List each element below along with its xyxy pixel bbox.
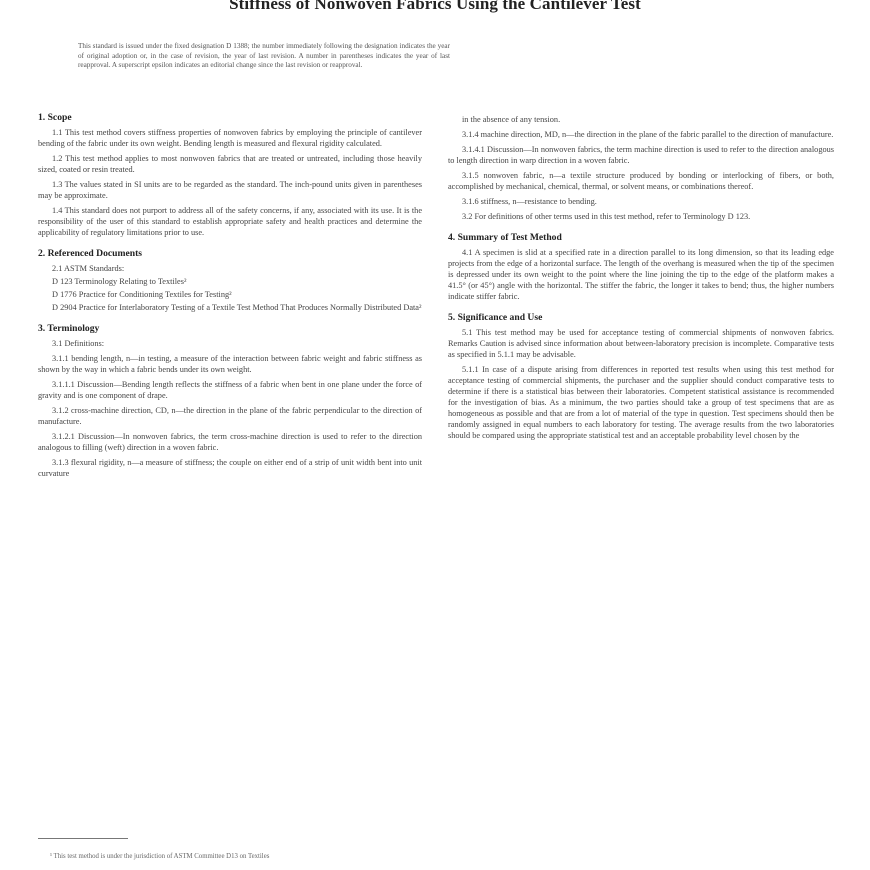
paragraph: 3.1.4.1 Discussion—In nonwoven fabrics, …: [448, 144, 834, 166]
footnote: ¹ This test method is under the jurisdic…: [50, 853, 420, 860]
paragraph: 3.1.3 flexural rigidity, n—a measure of …: [38, 457, 422, 479]
paragraph: 4.1 A specimen is slid at a specified ra…: [448, 247, 834, 302]
section-heading: 2. Referenced Documents: [38, 248, 422, 259]
left-column: 1. Scope1.1 This test method covers stif…: [38, 112, 422, 483]
paragraph: 3.1.1 bending length, n—in testing, a me…: [38, 353, 422, 375]
paragraph: 1.4 This standard does not purport to ad…: [38, 205, 422, 238]
paragraph: 1.3 The values stated in SI units are to…: [38, 179, 422, 201]
paragraph: 3.1.5 nonwoven fabric, n—a textile struc…: [448, 170, 834, 192]
paragraph: 3.1.2.1 Discussion—In nonwoven fabrics, …: [38, 431, 422, 453]
paragraph: 1.1 This test method covers stiffness pr…: [38, 127, 422, 149]
paragraph: 3.1.4 machine direction, MD, n—the direc…: [448, 129, 834, 140]
paragraph: 3.2 For definitions of other terms used …: [448, 211, 834, 222]
section-heading: 4. Summary of Test Method: [448, 232, 834, 243]
reference-item: D 1776 Practice for Conditioning Textile…: [38, 289, 422, 300]
section-heading: 3. Terminology: [38, 323, 422, 334]
document-title: Stiffness of Nonwoven Fabrics Using the …: [0, 0, 870, 14]
paragraph: 3.1 Definitions:: [38, 338, 422, 349]
paragraph: 3.1.1.1 Discussion—Bending length reflec…: [38, 379, 422, 401]
paragraph: 3.1.6 stiffness, n—resistance to bending…: [448, 196, 834, 207]
document-abstract: This standard is issued under the fixed …: [78, 42, 450, 71]
right-column: in the absence of any tension.3.1.4 mach…: [448, 114, 834, 445]
reference-item: 2.1 ASTM Standards:: [38, 263, 422, 274]
section-heading: 5. Significance and Use: [448, 312, 834, 323]
reference-item: D 123 Terminology Relating to Textiles²: [38, 276, 422, 287]
paragraph: 3.1.2 cross-machine direction, CD, n—the…: [38, 405, 422, 427]
paragraph: in the absence of any tension.: [448, 114, 834, 125]
paragraph: 5.1 This test method may be used for acc…: [448, 327, 834, 360]
reference-item: D 2904 Practice for Interlaboratory Test…: [38, 302, 422, 313]
paragraph: 1.2 This test method applies to most non…: [38, 153, 422, 175]
section-heading: 1. Scope: [38, 112, 422, 123]
paragraph: 5.1.1 In case of a dispute arising from …: [448, 364, 834, 441]
footnote-divider: [38, 838, 128, 839]
